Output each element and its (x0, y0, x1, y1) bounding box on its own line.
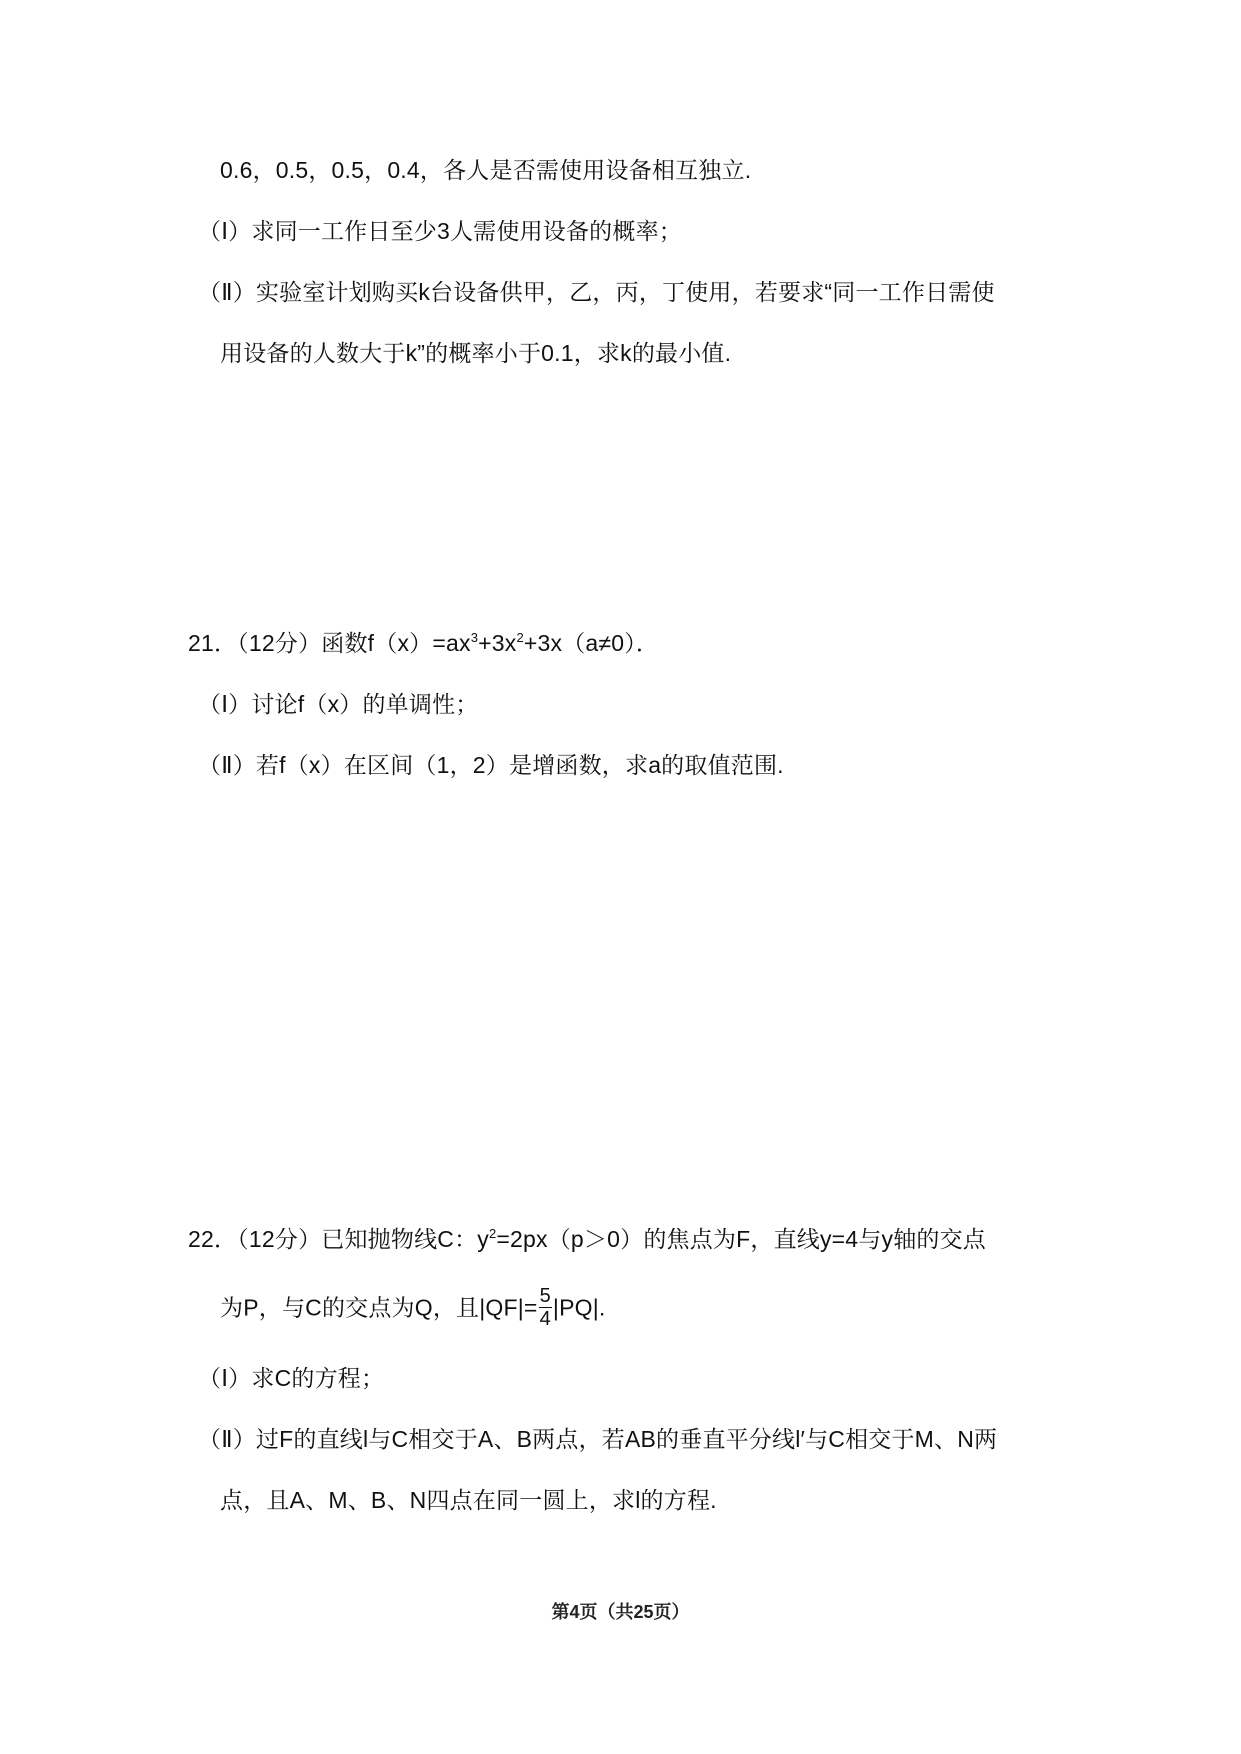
fraction: 54 (539, 1285, 552, 1330)
fraction-numerator: 5 (539, 1285, 552, 1308)
problem-20-part-2-line-2: 用设备的人数大于k”的概率小于0.1，求k的最小值. (220, 338, 731, 368)
superscript: 2 (516, 630, 523, 645)
problem-20-continuation: 0.6，0.5，0.5，0.4，各人是否需使用设备相互独立. (220, 155, 751, 185)
problem-22-header-pre: 22．（12分）已知抛物线C：y (188, 1226, 489, 1252)
problem-21-part-2: （Ⅱ）若f（x）在区间（1，2）是增函数，求a的取值范围. (198, 750, 784, 780)
problem-20-part-2-line-1: （Ⅱ）实验室计划购买k台设备供甲，乙，丙，丁使用，若要求“同一工作日需使 (198, 277, 995, 307)
problem-22-header: 22．（12分）已知抛物线C：y2=2px（p＞0）的焦点为F，直线y=4与y轴… (188, 1224, 986, 1254)
problem-22-part-2-line-1: （Ⅱ）过F的直线l与C相交于A、B两点，若AB的垂直平分线l′与C相交于M、N两 (198, 1424, 997, 1454)
problem-21-header-post: +3x（a≠0）． (524, 630, 659, 656)
problem-21-header: 21．（12分）函数f（x）=ax3+3x2+3x（a≠0）． (188, 628, 659, 658)
problem-22-part-1: （Ⅰ）求C的方程； (198, 1363, 384, 1393)
problem-22-part-2-line-2: 点，且A、M、B、N四点在同一圆上，求l的方程. (220, 1485, 717, 1515)
superscript: 3 (471, 630, 478, 645)
problem-21-header-mid: +3x (478, 630, 516, 656)
fraction-denominator: 4 (539, 1308, 552, 1330)
problem-21-header-pre: 21．（12分）函数f（x）=ax (188, 630, 471, 656)
page-number-footer: 第4页（共25页） (0, 1598, 1241, 1624)
problem-22-line-2-post: |PQ|. (553, 1295, 606, 1321)
problem-22-header-post: =2px（p＞0）的焦点为F，直线y=4与y轴的交点 (496, 1226, 986, 1252)
problem-22-line-2-pre: 为P，与C的交点为Q，且|QF|= (220, 1295, 538, 1321)
problem-20-part-1: （Ⅰ）求同一工作日至少3人需使用设备的概率； (198, 216, 682, 246)
problem-22-line-2: 为P，与C的交点为Q，且|QF|=54|PQ|. (220, 1287, 605, 1332)
problem-21-part-1: （Ⅰ）讨论f（x）的单调性； (198, 689, 478, 719)
